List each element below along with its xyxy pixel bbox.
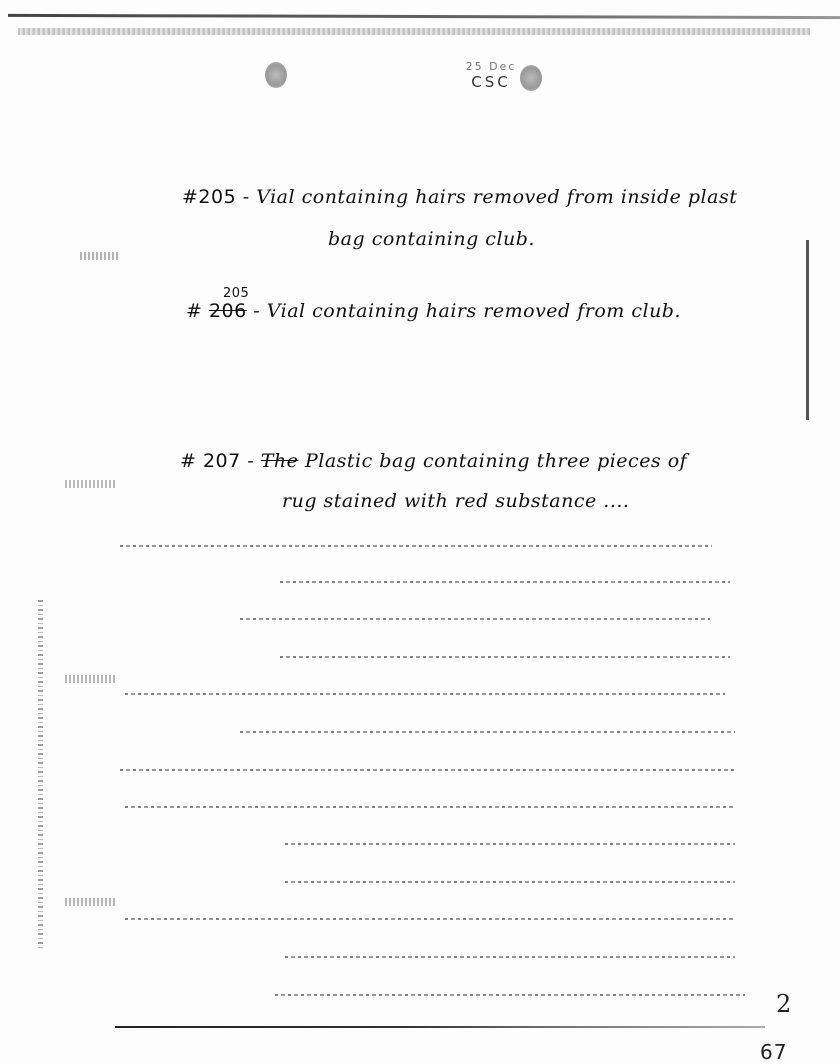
evidence-entry-207-continuation: rug stained with red substance .... — [282, 490, 629, 512]
received-stamp: 25 Dec CSC — [436, 60, 546, 91]
ruled-line — [125, 918, 735, 920]
scan-speckle — [65, 898, 117, 906]
item-number-struck: 206 — [209, 300, 247, 322]
entry-separator: - — [247, 450, 254, 472]
evidence-entry-207: # 207 - The Plastic bag containing three… — [180, 450, 687, 472]
entry-separator: - — [253, 300, 260, 322]
ruled-line — [125, 693, 725, 695]
punch-hole-left — [265, 62, 287, 88]
ruled-line — [285, 881, 735, 883]
scan-speckle — [65, 675, 117, 683]
struck-word: The — [261, 450, 299, 472]
item-number: # 207 — [180, 450, 241, 472]
entry-line-2: rug stained with red substance .... — [282, 490, 629, 512]
scan-header-band — [18, 28, 810, 35]
ruled-line — [280, 581, 730, 583]
entry-line-1: Plastic bag containing three pieces of — [305, 450, 687, 472]
page-number: 67 — [760, 1040, 787, 1064]
item-number: #205 — [182, 186, 236, 208]
left-margin-scan-noise — [38, 600, 43, 950]
scan-speckle — [65, 480, 115, 488]
ruled-line — [285, 843, 735, 845]
ruled-line — [120, 545, 712, 547]
evidence-entry-205-continuation: bag containing club. — [328, 228, 535, 250]
ruled-line — [285, 956, 735, 958]
margin-mark: 2 — [776, 990, 791, 1018]
ruled-line — [240, 731, 735, 733]
entry-line-1: Vial containing hairs removed from insid… — [256, 186, 737, 208]
ruled-line — [280, 656, 730, 658]
entry-line-2: bag containing club. — [328, 228, 535, 250]
scan-speckle — [80, 252, 120, 260]
ruled-line — [125, 806, 735, 808]
entry-separator: - — [243, 186, 250, 208]
corrected-item-number: 205 206 — [209, 300, 247, 322]
evidence-entry-205: #205 - Vial containing hairs removed fro… — [182, 186, 737, 208]
item-prefix: # — [186, 300, 202, 322]
item-number-correction: 205 — [223, 286, 249, 301]
bottom-rule — [115, 1026, 765, 1028]
stamp-date: 25 Dec — [436, 60, 546, 73]
entry-line-1: Vial containing hairs removed from club. — [267, 300, 681, 322]
ruled-line — [240, 618, 710, 620]
right-margin-rule — [806, 240, 809, 420]
ruled-line — [120, 769, 735, 771]
evidence-entry-205b: # 205 206 - Vial containing hairs remove… — [186, 300, 681, 322]
stamp-initials: CSC — [436, 73, 546, 91]
ruled-line — [275, 994, 745, 996]
scan-top-edge — [8, 14, 840, 19]
